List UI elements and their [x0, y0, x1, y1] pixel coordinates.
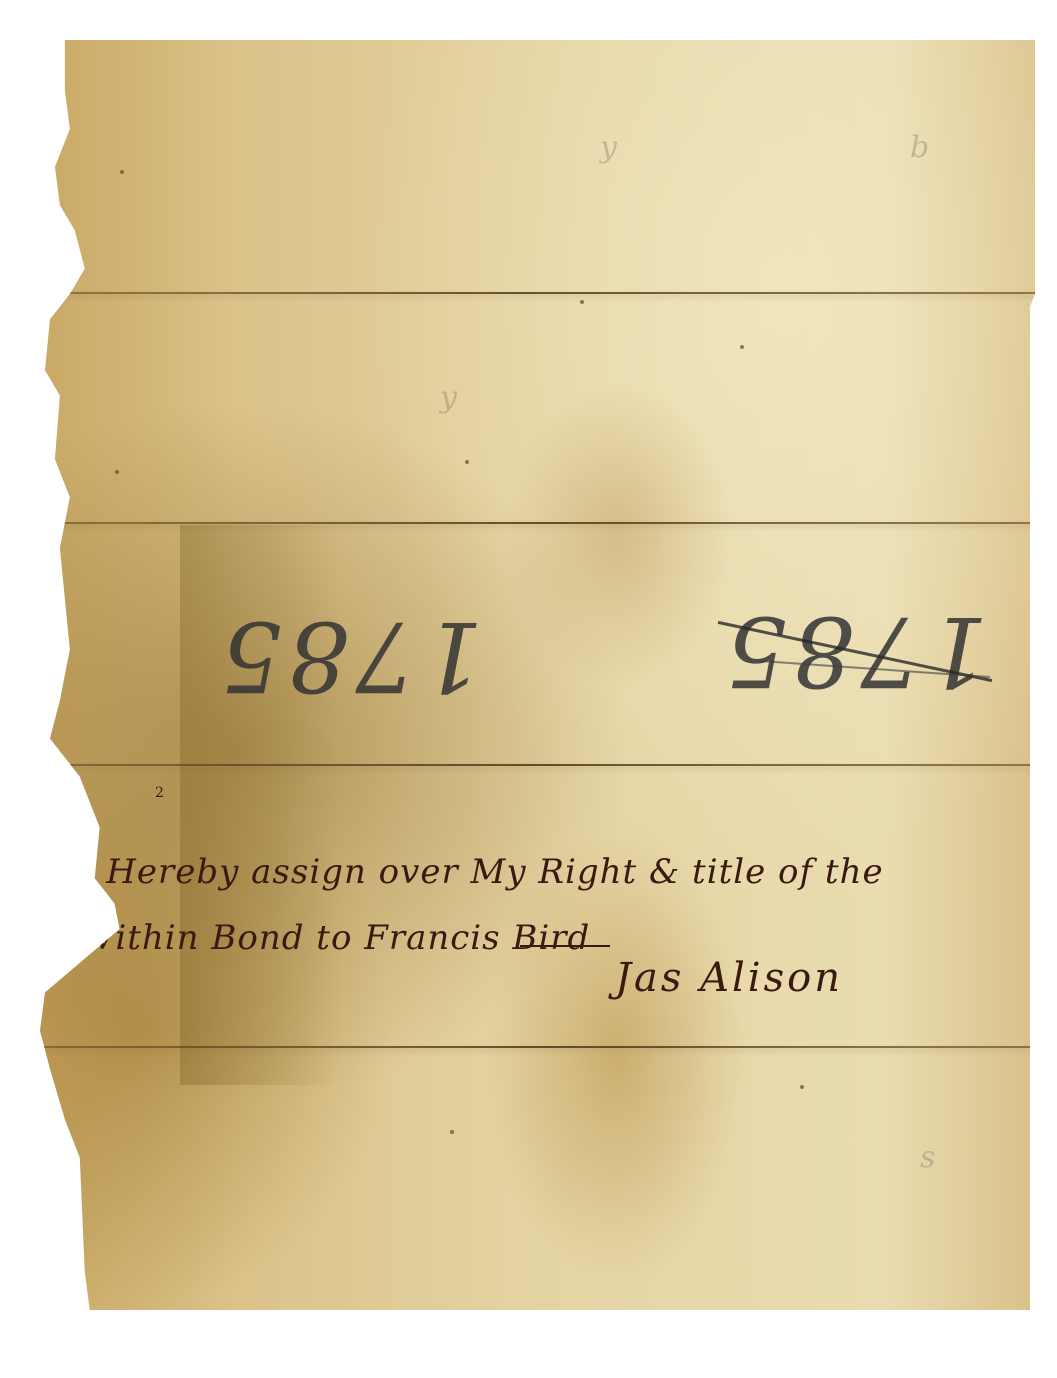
fold-line — [40, 764, 1035, 766]
fold-line — [40, 1046, 1035, 1048]
foxing-spot — [115, 470, 119, 474]
assignment-endorsement: I Hereby assign over My Right & title of… — [80, 835, 1020, 975]
foxing-spot — [465, 460, 469, 464]
endorsement-line-1: I Hereby assign over My Right & title of… — [80, 835, 1020, 909]
endorsement-line-2: Within Bond to Francis Bird — [80, 901, 1020, 975]
foxing-spot — [800, 1085, 804, 1089]
foxing-spot — [120, 170, 124, 174]
bleedthrough-text: b — [910, 130, 929, 165]
foxing-spot — [580, 300, 584, 304]
flourish-line — [520, 945, 610, 947]
bleedthrough-text: s — [920, 1140, 935, 1175]
foxing-spot — [450, 1130, 454, 1134]
foxing-spot — [740, 345, 744, 349]
margin-mark: 2 — [155, 785, 164, 801]
signature: Jas Alison — [615, 955, 843, 1001]
fold-line — [40, 522, 1035, 524]
bleedthrough-text: y — [440, 380, 457, 415]
bleedthrough-text: y — [600, 130, 617, 165]
document-paper: y b y s 1785 1785 2 I Hereby assign over… — [40, 40, 1035, 1310]
fold-line — [40, 292, 1035, 294]
pencil-year-left: 1785 — [215, 600, 483, 712]
